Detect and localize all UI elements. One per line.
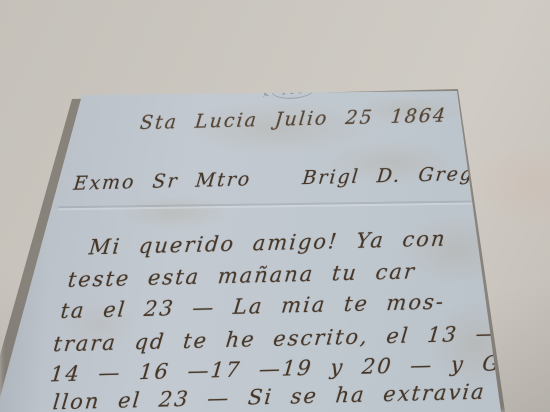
letter-paper: x 116 Sta Lucia Julio 25 1864 Exmo Sr Mt… xyxy=(0,0,550,412)
photo-backdrop: x 116 Sta Lucia Julio 25 1864 Exmo Sr Mt… xyxy=(0,0,550,412)
handwriting-layer: Sta Lucia Julio 25 1864 Exmo Sr Mtro Bri… xyxy=(0,0,550,412)
body-line: Mi querido amigo! Ya con xyxy=(88,227,448,260)
body-line: teste esta mañana tu car xyxy=(67,259,417,292)
body-line: ta el 23 — La mia te mos- xyxy=(59,290,446,323)
dateline: Sta Lucia Julio 25 1864 xyxy=(139,105,448,135)
body-line: trara qd te he escrito, el 13 — xyxy=(52,321,500,356)
addressee-line: Exmo Sr Mtro Brigl D. Grego Lamas xyxy=(72,160,550,194)
